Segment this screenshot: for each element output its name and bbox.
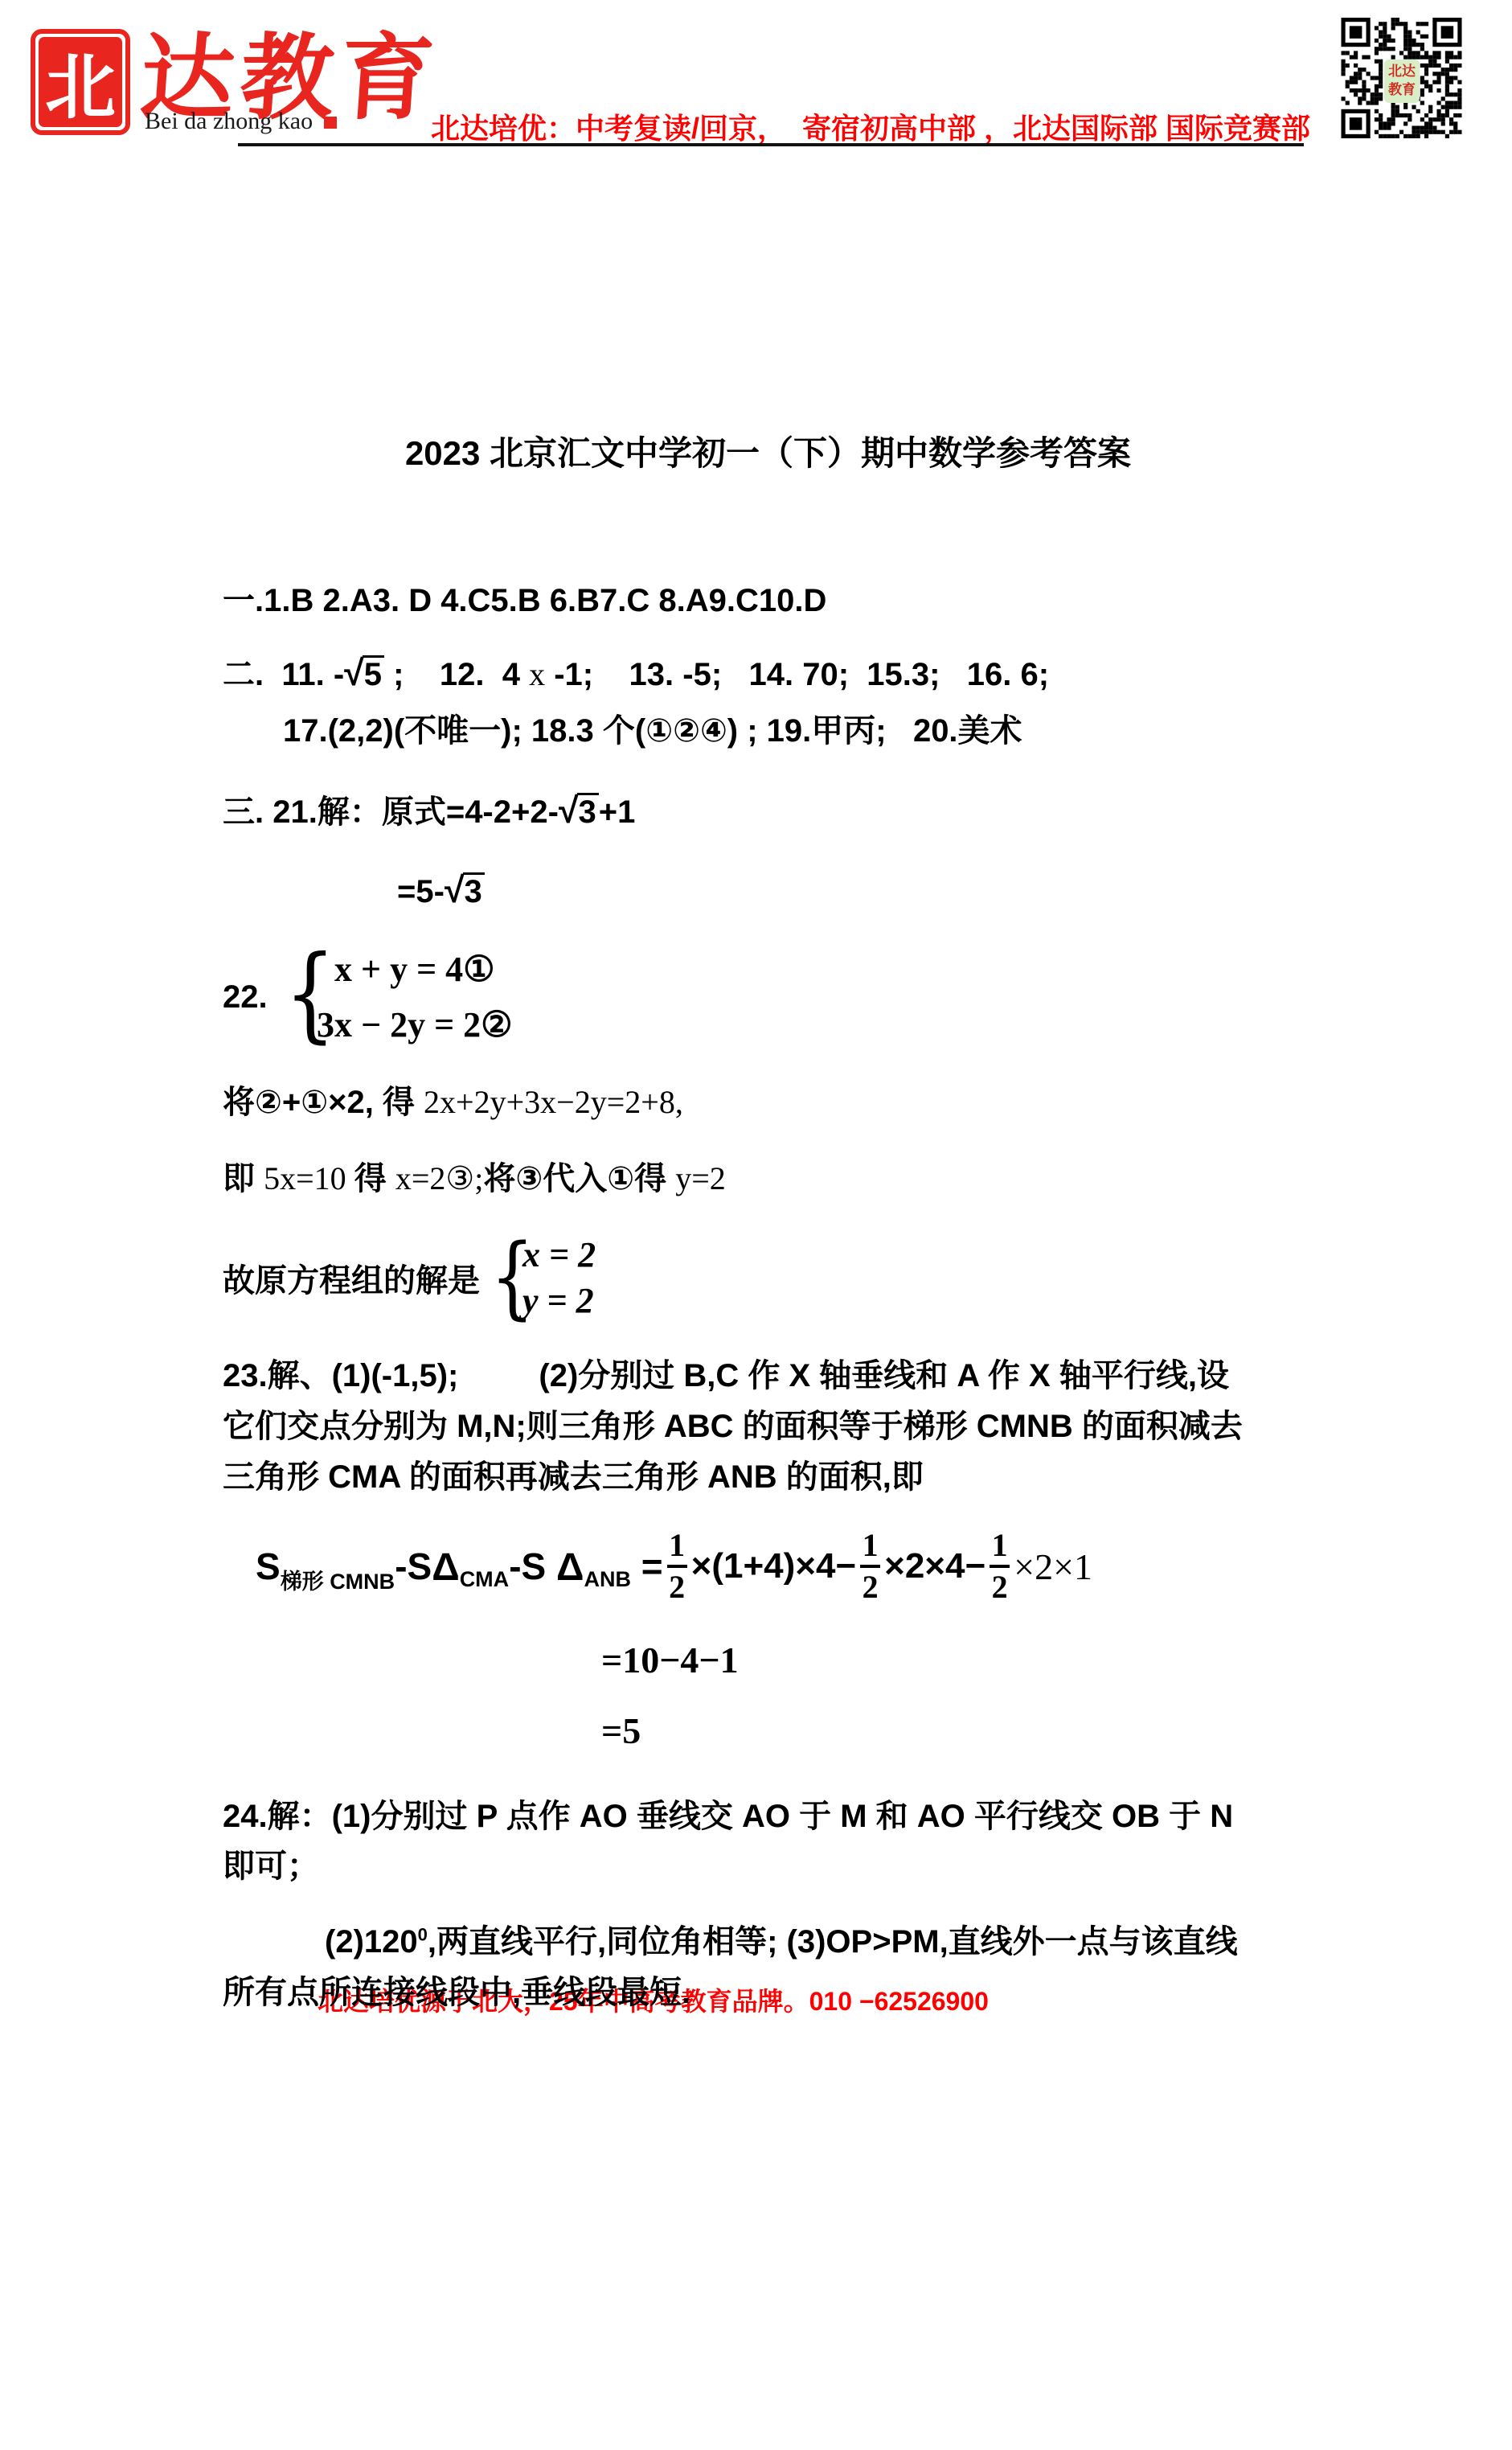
answer-line-section1-choices: 一.1.B 2.A3. D 4.C5.B 6.B7.C 8.A9.C10.D (223, 581, 826, 621)
brand-latin-text: Bei da zhong kao (145, 108, 337, 135)
question23-line2: 它们交点分别为 M,N;则三角形 ABC 的面积等于梯形 CMNB 的面积减去 (223, 1406, 1243, 1447)
question21-result: =5-√3 (397, 868, 485, 913)
question22-solution-x: x = 2 (522, 1236, 596, 1274)
question22-solving-step1: 将②+①×2, 得 2x+2y+3x−2y=2+8, (223, 1082, 683, 1122)
superscript: 0 (418, 1925, 428, 1945)
square-root: √5 (344, 651, 384, 696)
qr-center-label: 北达 教育 (1384, 60, 1420, 103)
fraction: 12 (860, 1529, 880, 1603)
document-page: 北 达教育 Bei da zhong kao 北达培优：中考复读/回京， 寄宿初… (0, 0, 1512, 2450)
logo-seal: 北 (31, 29, 130, 135)
question22-solution-y: y = 2 (522, 1282, 594, 1320)
red-square-icon (324, 117, 337, 129)
question21-step1: 三. 21.解：原式=4-2+2-√3+1 (223, 789, 635, 834)
question23-area-formula: S梯形 CMNB-SΔCMA-S ΔANB =12×(1+4)×4−12×2×4… (256, 1528, 1092, 1605)
question24-line2: 即可； (223, 1846, 319, 1886)
question24-line1: 24.解：(1)分别过 P 点作 AO 垂线交 AO 于 M 和 AO 平行线交… (223, 1796, 1233, 1836)
question23-formula-result: =5 (601, 1711, 641, 1752)
question24-line3: (2)1200,两直线平行,同位角相等; (3)OP>PM,直线外一点与该直线 (325, 1922, 1238, 1962)
question22-solving-step2: 即 5x=10 得 x=2③;将③代入①得 y=2 (223, 1159, 726, 1199)
subscript: 梯形 CMNB (281, 1564, 395, 1595)
question23-line3: 三角形 CMA 的面积再减去三角形 ANB 的面积,即 (223, 1457, 924, 1497)
logo-seal-background: 北 (39, 37, 122, 127)
answer-line-section2-fill-blanks: 二. 11. -√5 ; 12. 4 x -1; 13. -5; 14. 70;… (223, 651, 1049, 696)
logo-seal-character: 北 (45, 31, 116, 133)
header-tagline: 北达培优：中考复读/回京， 寄宿初高中部 ，北达国际部 国际竞赛部 (431, 106, 1310, 147)
question22-equation1: x + y = 4① (334, 950, 495, 989)
question22-conclusion-label: 故原方程组的解是 (223, 1261, 480, 1301)
answer-line-section2-continued: 17.(2,2)(不唯一); 18.3 个(①②④) ; 19.甲丙; 20.美… (283, 711, 1022, 751)
question22-label: 22. (223, 977, 268, 1017)
question23-line1: 23.解、(1)(-1,5); (2)分别过 B,C 作 X 轴垂线和 A 作 … (223, 1356, 1229, 1396)
fraction: 12 (990, 1529, 1010, 1603)
header-divider-line (238, 143, 1304, 146)
square-root: √3 (445, 868, 485, 913)
question24-line4: 所有点所连接线段中,垂线段最短. (223, 1972, 690, 2013)
fraction: 12 (667, 1529, 687, 1603)
page-title: 2023 北京汇文中学初一（下）期中数学参考答案 (0, 427, 1512, 475)
subscript: CMA (460, 1567, 510, 1592)
subscript: ANB (584, 1567, 631, 1592)
question23-formula-step2: =10−4−1 (601, 1640, 739, 1681)
question22-equation2: 3x − 2y = 2② (317, 1006, 513, 1044)
square-root: √3 (559, 789, 599, 834)
